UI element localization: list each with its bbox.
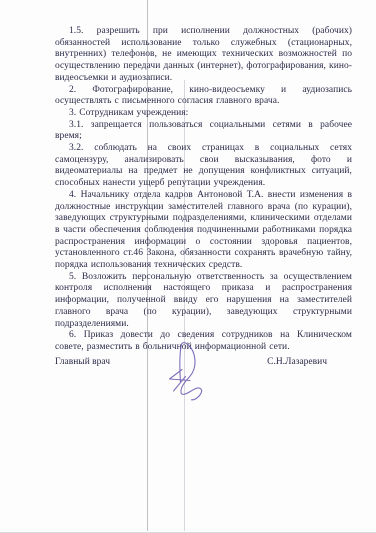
paragraph: 2. Фотографирование, кино-видеосъемку и … bbox=[55, 85, 352, 108]
signatory-name: С.Н.Лазаревич bbox=[267, 357, 327, 369]
signature-cross-stroke bbox=[174, 377, 186, 392]
paragraph: 5. Возложить персональную ответственност… bbox=[55, 272, 352, 331]
document-body: 1.5. разрешить при исполнении должностны… bbox=[55, 26, 352, 354]
paragraph: 6. Приказ довести до сведения сотруднико… bbox=[55, 330, 352, 353]
signature-flag-stroke bbox=[170, 370, 191, 381]
paragraph: 1.5. разрешить при исполнении должностны… bbox=[55, 26, 352, 85]
paragraph: 3.1. запрещается пользоваться социальным… bbox=[55, 120, 352, 143]
paragraph: 3. Сотрудникам учреждения: bbox=[55, 108, 352, 120]
paragraph: 3.2. соблюдать на своих страницах в соци… bbox=[55, 143, 352, 190]
signature-row: Главный врач С.Н.Лазаревич bbox=[55, 357, 327, 369]
paragraph: 4. Начальнику отдела кадров Антоновой Т.… bbox=[55, 190, 352, 272]
scanned-document-page: 1.5. разрешить при исполнении должностны… bbox=[0, 0, 376, 533]
signatory-title: Главный врач bbox=[55, 357, 110, 369]
